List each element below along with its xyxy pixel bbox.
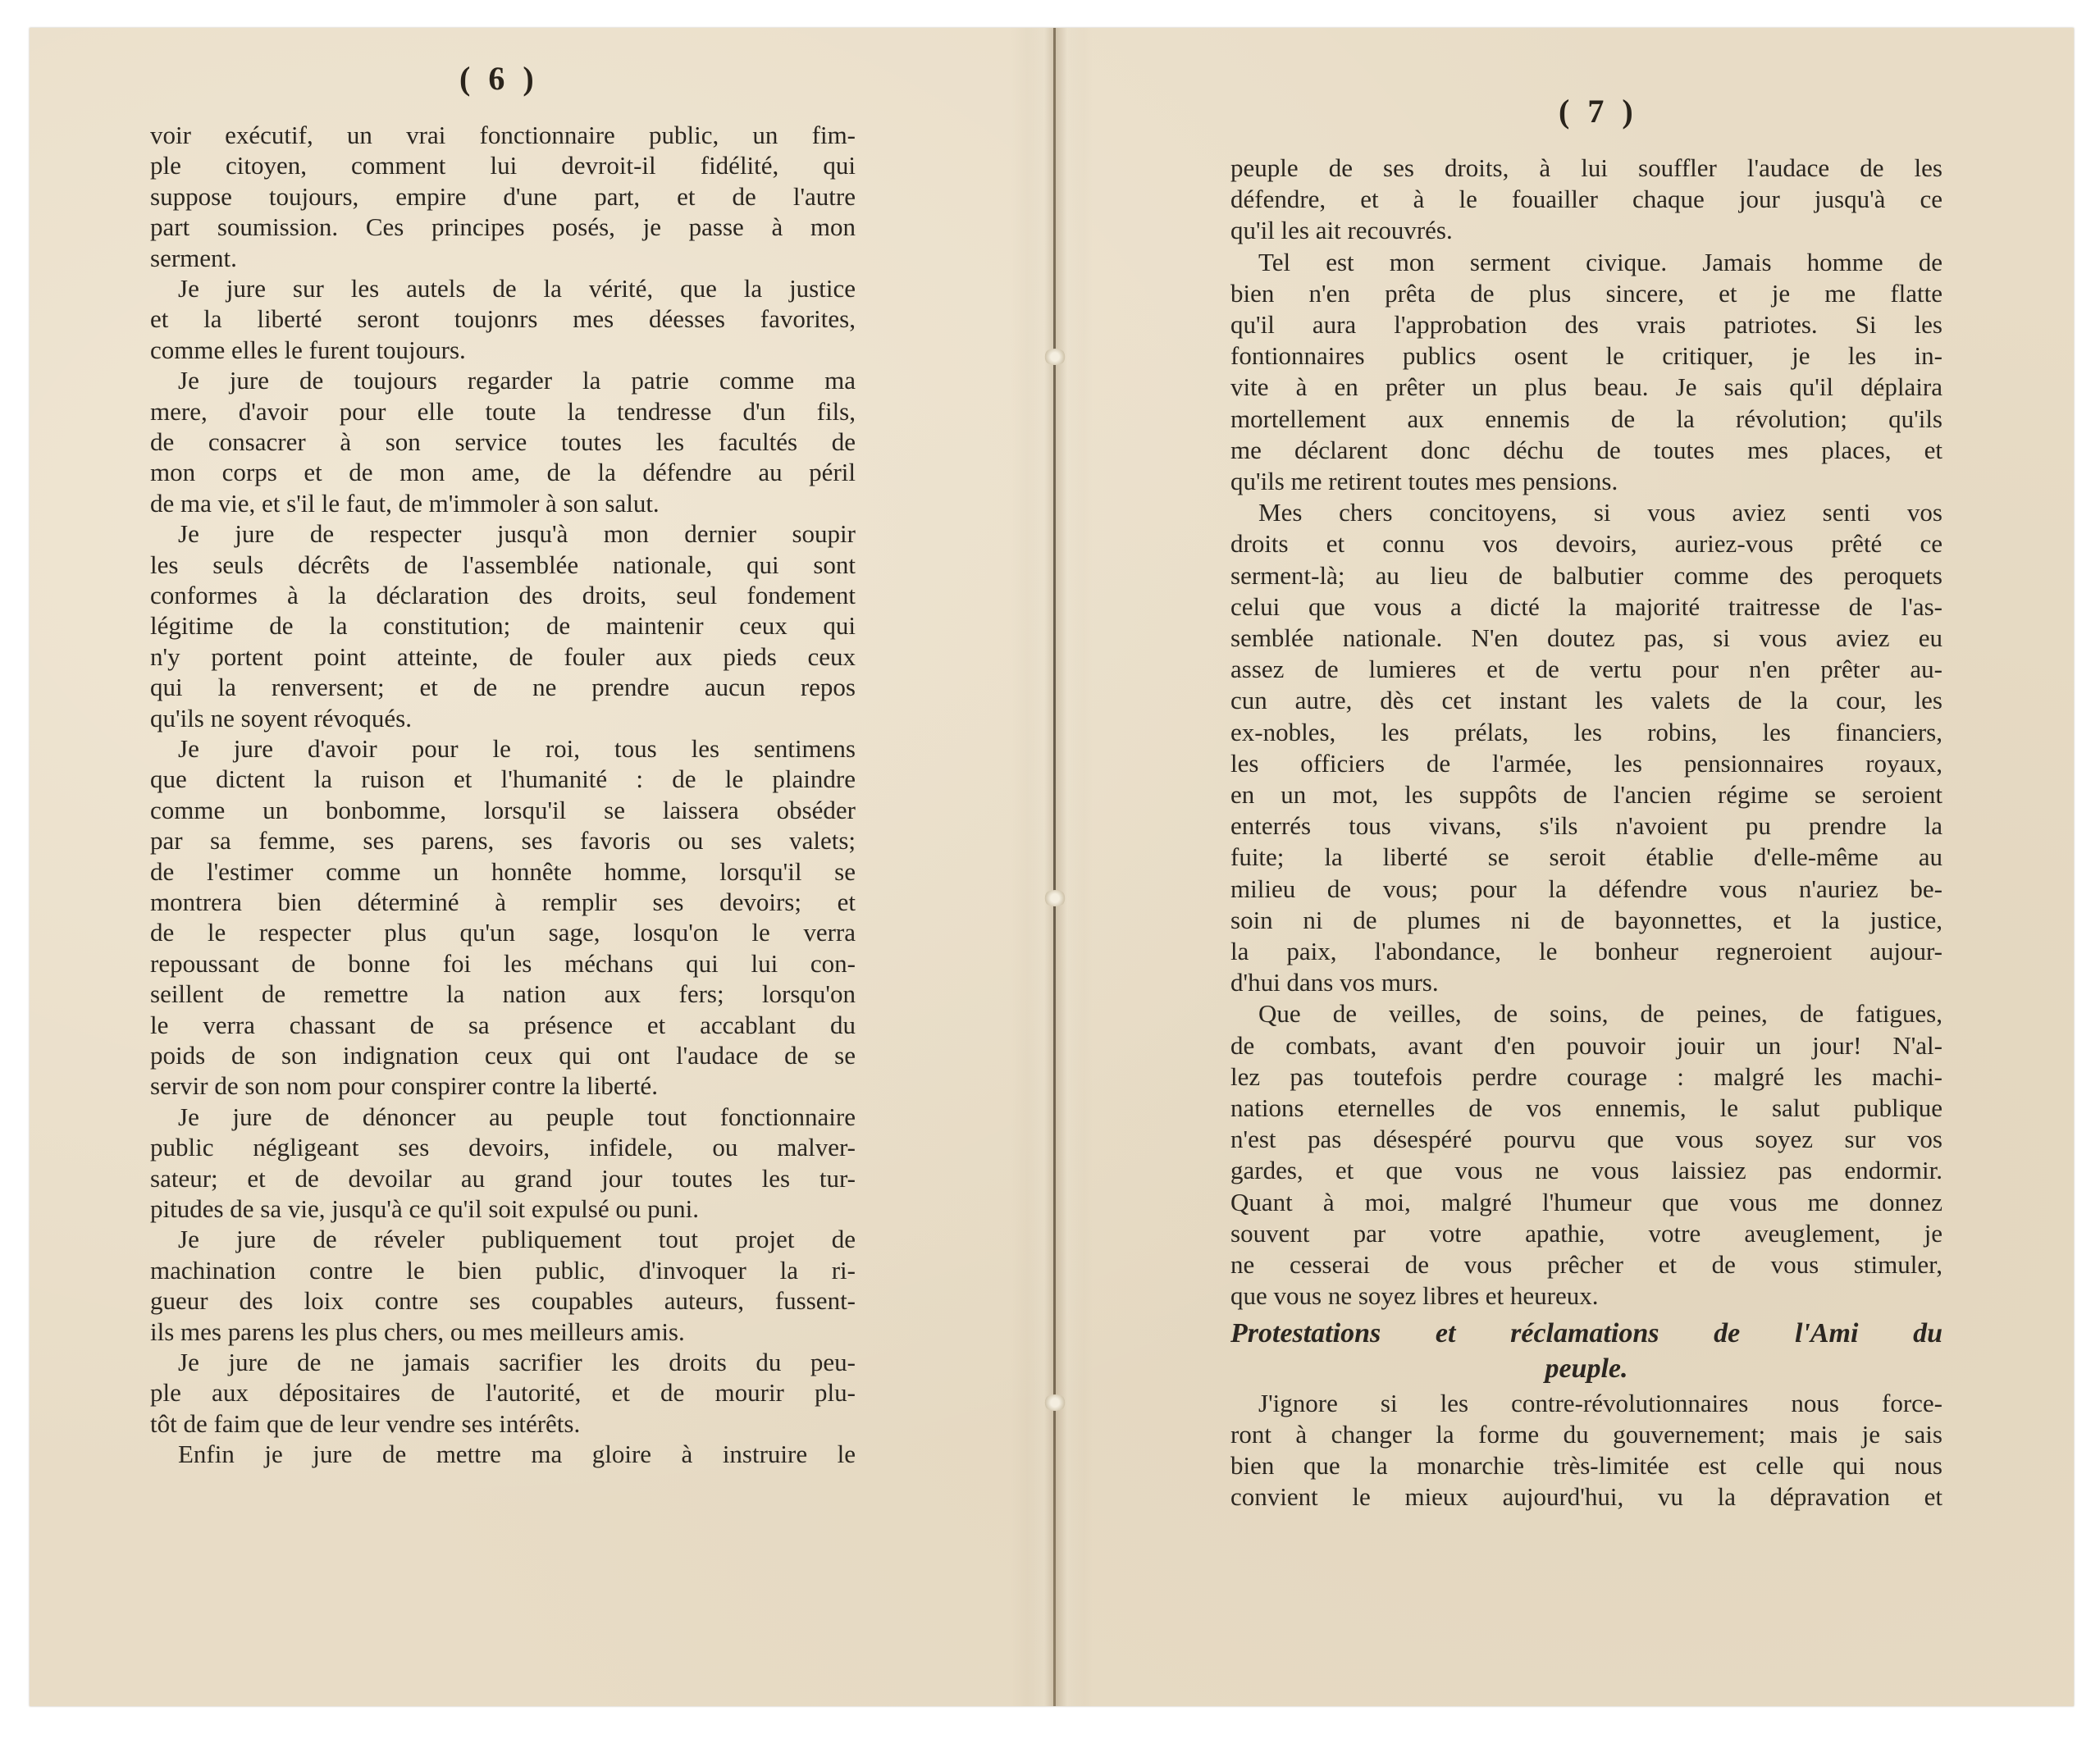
text-line: ne cesserai de vous prêcher et de vous s… [1230,1251,1942,1278]
text-line: qui la renversent; et de ne prendre aucu… [150,673,856,701]
spine-crease [1053,28,1056,1706]
text-line: qu'ils ne soyent révoqués. [150,705,856,732]
text-line: en un mot, les suppôts de l'ancien régim… [1230,781,1942,808]
text-line: part soumission. Ces principes posés, je… [150,213,856,240]
text-line: de ma vie, et s'il le faut, de m'immoler… [150,490,856,517]
text-line: comme un bonbomme, lorsqu'il se laissera… [150,796,856,824]
text-line: qu'ils me retirent toutes mes pensions. [1230,468,1942,495]
text-line: mere, d'avoir pour elle toute la tendres… [150,398,856,425]
text-line: Je jure sur les autels de la vérité, que… [150,275,856,302]
text-line: ex-nobles, les prélats, les robins, les … [1230,719,1942,746]
stitch-hole-top [1043,349,1066,365]
text-line: serment-là; au lieu de balbutier comme d… [1230,562,1942,589]
text-line: semblée nationale. N'en doutez pas, si v… [1230,624,1942,651]
text-line: n'y portent point atteinte, de fouler au… [150,643,856,670]
text-line: conformes à la déclaration des droits, s… [150,582,856,609]
section-heading: peuple. [1230,1355,1942,1382]
text-line: pitudes de sa vie, jusqu'à ce qu'il soit… [150,1195,856,1222]
text-line: bien que la monarchie très-limitée est c… [1230,1452,1942,1479]
text-line: nations eternelles de vos ennemis, le sa… [1230,1094,1942,1121]
text-line: droits et connu vos devoirs, auriez-vous… [1230,530,1942,557]
page-number-right: ( 7 ) [1559,92,1638,130]
text-line: Je jure de réveler publiquement tout pro… [150,1225,856,1253]
text-line: lez pas toutefois perdre courage : malgr… [1230,1063,1942,1090]
text-line: de combats, avant d'en pouvoir jouir un … [1230,1032,1942,1059]
text-line: gardes, et que vous ne vous laissiez pas… [1230,1157,1942,1184]
text-line: repoussant de bonne foi les méchans qui … [150,950,856,977]
text-line: mortellement aux ennemis de la révolutio… [1230,405,1942,432]
text-line: Tel est mon serment civique. Jamais homm… [1230,249,1942,276]
text-line: convient le mieux aujourd'hui, vu la dép… [1230,1483,1942,1510]
text-line: de le respecter plus qu'un sage, losqu'o… [150,919,856,946]
text-line: défendre, et à le fouailler chaque jour … [1230,185,1942,212]
text-line: qu'il les ait recouvrés. [1230,217,1942,244]
text-line: la paix, l'abondance, le bonheur regnero… [1230,938,1942,965]
text-line: Je jure de toujours regarder la patrie c… [150,367,856,394]
text-line: assez de lumieres et de vertu pour n'en … [1230,655,1942,682]
text-line: mon corps et de mon ame, de la défendre … [150,459,856,486]
text-line: peuple de ses droits, à lui souffler l'a… [1230,154,1942,181]
text-line: J'ignore si les contre-révolutionnaires … [1230,1390,1942,1417]
text-line: vite à en prêter un plus beau. Je sais q… [1230,373,1942,400]
text-line: enterrés tous vivans, s'ils n'avoient pu… [1230,812,1942,839]
text-line: soin ni de plumes ni de bayonnettes, et … [1230,906,1942,933]
text-line: ils mes parens les plus chers, ou mes me… [150,1318,856,1345]
text-line: public négligeant ses devoirs, infidele,… [150,1134,856,1161]
text-line: de l'estimer comme un honnête homme, lor… [150,858,856,885]
text-line: qu'il aura l'approbation des vrais patri… [1230,311,1942,338]
text-line: fuite; la liberté se seroit établie d'el… [1230,843,1942,870]
text-line: Mes chers concitoyens, si vous aviez sen… [1230,499,1942,526]
text-line: Je jure d'avoir pour le roi, tous les se… [150,735,856,762]
text-line: les officiers de l'armée, les pensionnai… [1230,750,1942,777]
page-number-left: ( 6 ) [459,59,539,98]
text-line: Quant à moi, malgré l'humeur que vous me… [1230,1189,1942,1216]
text-line: ront à changer la forme du gouvernement;… [1230,1421,1942,1448]
text-line: fontionnaires publics osent le critiquer… [1230,342,1942,369]
text-line: par sa femme, ses parens, ses favoris ou… [150,827,856,854]
text-line: voir exécutif, un vrai fonctionnaire pub… [150,121,856,148]
text-line: les seuls décrêts de l'assemblée nationa… [150,551,856,578]
text-line: le verra chassant de sa présence et acca… [150,1011,856,1038]
text-line: tôt de faim que de leur vendre ses intér… [150,1410,856,1437]
text-line: serment. [150,244,856,272]
text-line: Que de veilles, de soins, de peines, de … [1230,1000,1942,1027]
text-line: comme elles le furent toujours. [150,336,856,363]
text-line: ple citoyen, comment lui devroit-il fidé… [150,152,856,179]
text-line: souvent par votre apathie, votre aveugle… [1230,1220,1942,1247]
text-line: bien n'en prêta de plus sincere, et je m… [1230,280,1942,307]
text-line: gueur des loix contre ses coupables aute… [150,1287,856,1314]
text-line: Je jure de dénoncer au peuple tout fonct… [150,1103,856,1130]
text-line: Enfin je jure de mettre ma gloire à inst… [150,1440,856,1467]
text-line: suppose toujours, empire d'une part, et … [150,183,856,210]
text-line: celui que vous a dicté la majorité trait… [1230,593,1942,620]
text-line: servir de son nom pour conspirer contre … [150,1072,856,1099]
text-line: Je jure de respecter jusqu'à mon dernier… [150,520,856,547]
text-line: de consacrer à son service toutes les fa… [150,428,856,455]
stitch-hole-middle [1043,890,1066,906]
text-line: n'est pas désespéré pourvu que vous soye… [1230,1125,1942,1152]
text-line: sateur; et de devoilar au grand jour tou… [150,1165,856,1192]
text-line: seillent de remettre la nation aux fers;… [150,980,856,1007]
stitch-hole-bottom [1043,1394,1066,1411]
text-line: me déclarent donc déchu de toutes mes pl… [1230,436,1942,463]
text-line: et la liberté seront toujonrs mes déesse… [150,305,856,332]
text-line: cun autre, dès cet instant les valets de… [1230,687,1942,714]
text-line: que vous ne soyez libres et heureux. [1230,1282,1942,1309]
text-line: Je jure de ne jamais sacrifier les droit… [150,1349,856,1376]
text-line: d'hui dans vos murs. [1230,969,1942,996]
text-line: milieu de vous; pour la défendre vous n'… [1230,875,1942,902]
text-line: ple aux dépositaires de l'autorité, et d… [150,1379,856,1406]
text-line: poids de son indignation ceux qui ont l'… [150,1042,856,1069]
text-line: montrera bien déterminé à remplir ses de… [150,888,856,915]
section-heading: Protestations et réclamations de l'Ami d… [1230,1320,1942,1347]
spine-fold [1027,28,1084,1706]
text-line: machination contre le bien public, d'inv… [150,1257,856,1284]
text-line: légitime de la constitution; de mainteni… [150,612,856,639]
text-line: que dictent la ruison et l'humanité : de… [150,765,856,792]
